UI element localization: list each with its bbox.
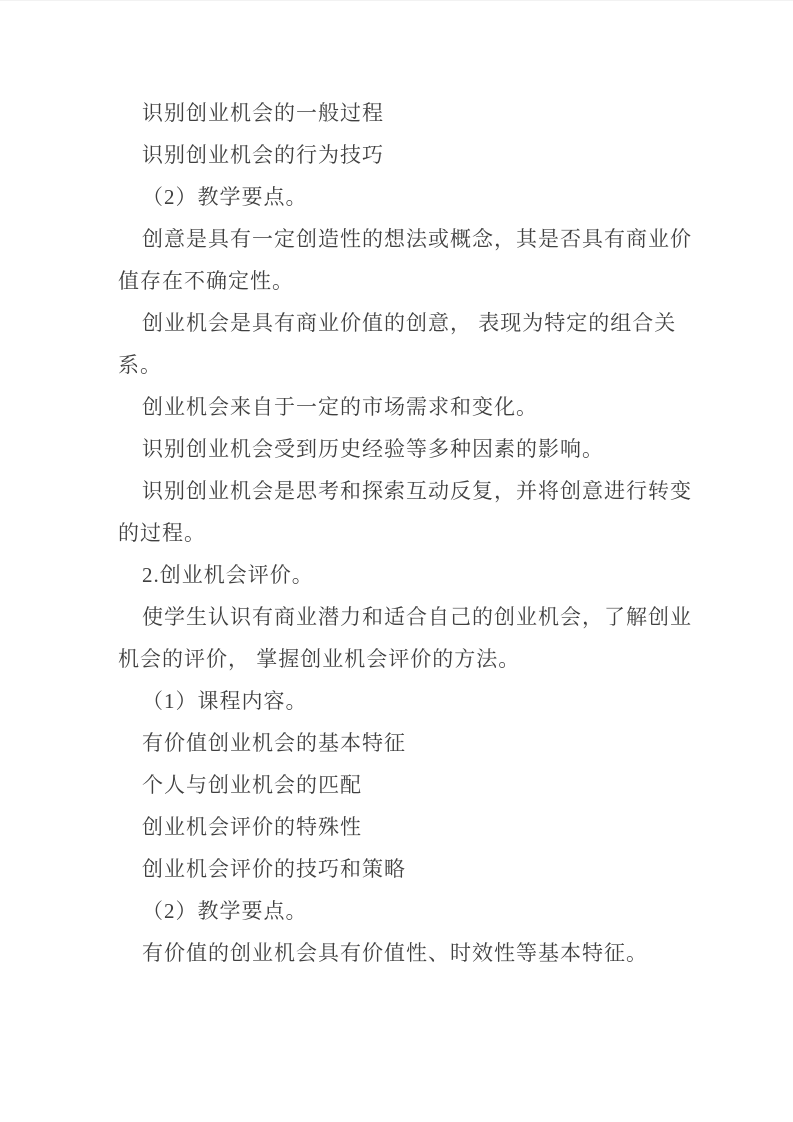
- document-body: 识别创业机会的一般过程识别创业机会的行为技巧（2）教学要点。创意是具有一定创造性…: [118, 92, 703, 974]
- text-line-3: （2）教学要点。: [118, 176, 703, 218]
- text-line-2: 识别创业机会的行为技巧: [118, 134, 703, 176]
- text-line-13: 使学生认识有商业潜力和适合自己的创业机会，了解创业: [118, 596, 703, 638]
- text-line-9: 识别创业机会受到历史经验等多种因素的影响。: [118, 428, 703, 470]
- text-line-8: 创业机会来自于一定的市场需求和变化。: [118, 386, 703, 428]
- text-line-21: 有价值的创业机会具有价值性、时效性等基本特征。: [118, 932, 703, 974]
- text-line-10: 识别创业机会是思考和探索互动反复，并将创意进行转变: [118, 470, 703, 512]
- text-line-15: （1）课程内容。: [118, 680, 703, 722]
- text-line-17: 个人与创业机会的匹配: [118, 764, 703, 806]
- document-page: 识别创业机会的一般过程识别创业机会的行为技巧（2）教学要点。创意是具有一定创造性…: [0, 0, 793, 1122]
- text-line-14: 机会的评价， 掌握创业机会评价的方法。: [118, 638, 703, 680]
- text-line-12: 2.创业机会评价。: [118, 554, 703, 596]
- text-line-11: 的过程。: [118, 512, 703, 554]
- text-line-18: 创业机会评价的特殊性: [118, 806, 703, 848]
- text-line-16: 有价值创业机会的基本特征: [118, 722, 703, 764]
- text-line-5: 值存在不确定性。: [118, 260, 703, 302]
- text-line-20: （2）教学要点。: [118, 890, 703, 932]
- text-line-6: 创业机会是具有商业价值的创意， 表现为特定的组合关: [118, 302, 703, 344]
- text-line-1: 识别创业机会的一般过程: [118, 92, 703, 134]
- text-line-7: 系。: [118, 344, 703, 386]
- text-line-19: 创业机会评价的技巧和策略: [118, 848, 703, 890]
- text-line-4: 创意是具有一定创造性的想法或概念，其是否具有商业价: [118, 218, 703, 260]
